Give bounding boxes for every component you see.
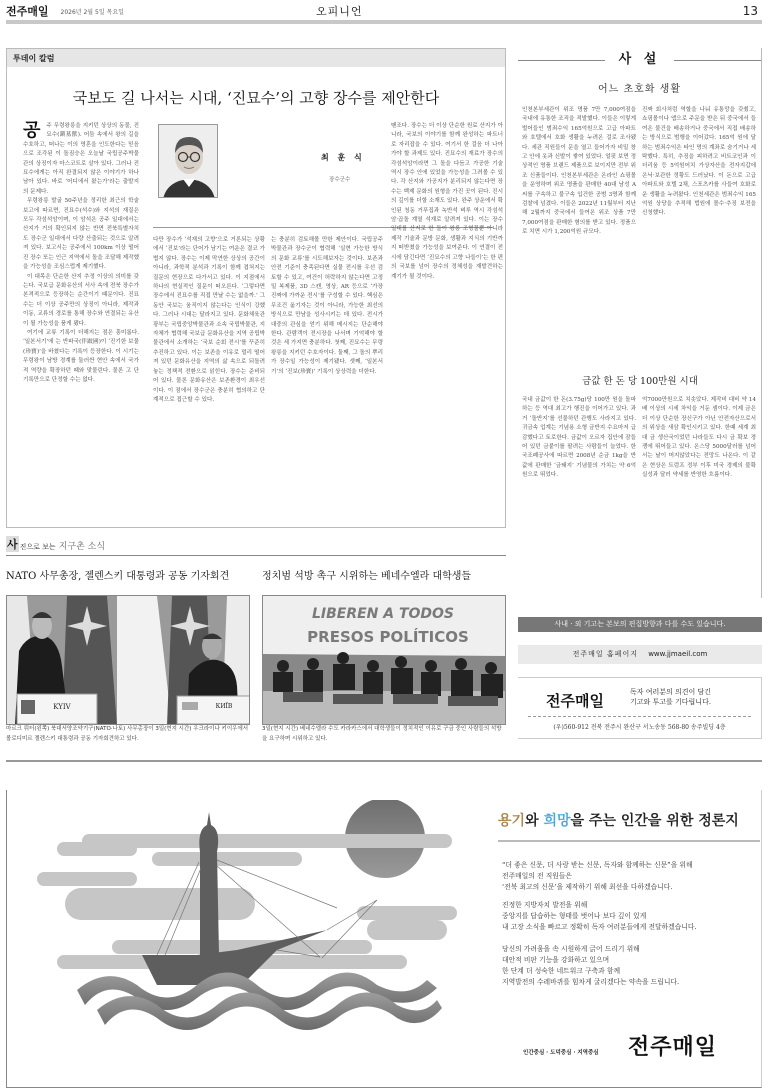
ad-slogan-rule [498,840,760,842]
column-title: 국보도 길 나서는 시대, ‘진묘수’의 고향 장수를 제안한다 [7,87,505,108]
page-number: 13 [743,4,758,18]
column-text-col2: 다만 장수가 ‘석재의 고향’으로 거론되는 상황에서 ‘진보’라는 단어가 남… [153,236,265,405]
svg-text:PRESOS POLÍTICOS: PRESOS POLÍTICOS [307,627,469,646]
editorial-header: 사 설 [518,48,761,72]
column-text-col1: 공 주 무령왕릉을 지키던 상상의 동물, 진묘수(鎭墓獸). 어둠 속에서 왕… [23,122,139,385]
svg-text:LIBEREN A TODOS: LIBEREN A TODOS [312,606,454,622]
editorial-1-col1: 인천본부세관이 위조 명품 7만 7,000여점을 국내에 유통한 조직을 적발… [522,106,636,238]
masthead: 전주매일 2026년 2월 5일 목요일 오피니언 13 [6,2,762,20]
disclaimer-bar: 사내 · 외 기고는 본보의 편집방향과 다를 수도 있습니다. [518,617,762,632]
photo-caption-venezuela: 3일(현지 시간) 베네수엘라 수도 카라카스에서 대학생들이 정치적인 이유로… [262,725,506,744]
photo-title-venezuela: 정치범 석방 촉구 시위하는 베네수엘라 대학생들 [262,567,471,582]
editorial-title-2: 금값 한 돈 당 100만원 시대 [518,373,762,387]
ad-footer-logo: 전주매일 [628,1030,717,1061]
photo-title-nato: NATO 사무총장, 젤렌스키 대통령과 공동 기자회견 [6,567,229,582]
contact-box: 전주매일 독자 여러분의 의견이 담긴 기고와 투고를 기다립니다. (우)56… [518,677,762,739]
editorial-2-col1: 국내 금값이 한 돈(3.75g)당 100만 원을 돌파하는 등 역대 최고가… [522,396,636,481]
editorial-1-col2: 진짜 회사처럼 역할을 나눠 유통망을 갖췄고, 쇼핑몰이나 앱으로 주문을 받… [642,106,756,219]
masthead-date: 2026년 2월 5일 목요일 [61,7,124,16]
contact-message: 독자 여러분의 의견이 담긴 기고와 투고를 기다립니다. [630,687,711,707]
section-title: 오피니언 [316,3,363,19]
ship-illustration-icon [27,800,477,1065]
author-title: 장수군수 [329,175,350,183]
section-divider [6,760,762,762]
contact-logo: 전주매일 [546,690,604,711]
column-text-col4: 땐조다. 장수는 더 이상 단순한 원료 산지가 아니라, 국보의 이야기를 함… [391,122,503,282]
ad-paragraph-1: “더 좋은 신문, 더 사랑 받는 신문, 독자와 함께하는 신문”을 위해전주… [502,860,693,893]
ad-slogan: 용기와 희망을 주는 인간을 위한 정론지 [498,810,739,830]
column-text-col3: 는 충분히 검토해볼 만한 제안이다. 국립공주박물관과 장수군이 협력해 ‘실… [271,236,383,377]
photo-nato-press: KYIV КИЇВ [6,595,250,725]
svg-text:KYIV: KYIV [53,703,71,711]
homepage-label: 전주매일 홈페이지 [573,650,638,658]
editorial-section: 사 설 어느 초호화 생활 인천본부세관이 위조 명품 7만 7,000여점을 … [518,48,762,598]
homepage-bar: 전주매일 홈페이지 www.jjmaeil.com [518,645,762,664]
photo-caption-nato: 마르크 뤼터(왼쪽) 북대서양조약기구(NATO·나토) 사무총장이 3일(현지… [6,725,250,744]
svg-text:КИЇВ: КИЇВ [216,703,233,710]
author-photo [158,124,218,198]
contact-address: (우)560-912 전북 전주시 완산구 서노송동 568-80 송주빌딩 4… [518,722,761,731]
dropcap: 공 [23,122,40,140]
masthead-rule [6,20,762,24]
ad-paragraph-2: 진정한 지방자치 발전을 위해중앙지를 답습하는 형태를 벗어나 보다 깊이 있… [502,900,697,933]
author-name: 최 훈 식 [321,152,365,163]
ad-paragraph-3: 당신의 가려움을 속 시원하게 긁어 드리기 위해대안적 비판 기능을 강화하고… [502,944,679,988]
divider [528,716,751,717]
editorial-2-col2: 억7000만원으로 치솟았다. 제작비 대비 약 14배 이상의 시세 차익을 … [642,396,756,481]
homepage-link[interactable]: www.jjmaeil.com [648,650,707,658]
editorial-title-1: 어느 초호화 생활 [518,80,761,95]
column-header: 투데이 칼럼 [7,49,505,67]
masthead-logo: 전주매일 [6,3,49,19]
photo-venezuela-protest: LIBEREN A TODOS PRESOS POLÍTICOS [262,595,506,725]
portrait-icon [159,125,218,198]
photo-section-header: 사 진으로 보는 지구촌 소식 [6,536,506,556]
ad-footer-tagline: 인간중심 · 도덕중심 · 지역중심 [523,1048,599,1056]
today-column: 투데이 칼럼 국보도 길 나서는 시대, ‘진묘수’의 고향 장수를 제안한다 … [6,48,506,528]
